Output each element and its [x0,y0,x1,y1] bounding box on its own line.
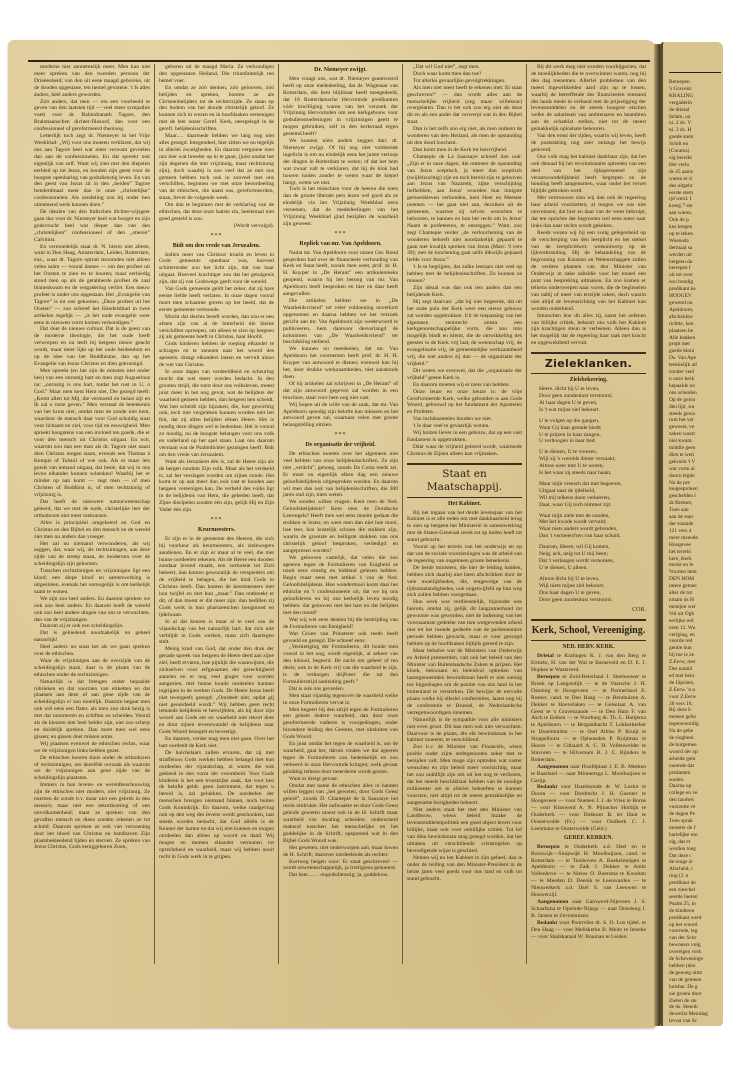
paragraph: Dit weten we evenwel, dat die „organisat… [407,368,522,382]
adjacent-line: Ook de p [669,217,721,224]
listing-label: Aangenomen [537,899,572,905]
adjacent-line: Bij deze b [669,707,721,714]
poem-line: Daar, waar Gij toch nimmer zijt. [539,502,646,509]
poem-stanza: Waar mijn ziele met de zonden,Met het kw… [539,513,646,541]
listing-item: Bedankt voor Poortvliet dr. S. O. Los ti… [531,920,646,941]
listing-label: Beroepen [537,844,565,850]
paragraph: Van luchtkasteelen houden we niet. [407,416,522,423]
paragraph: Vooral op het terrein van het onderwijs … [407,544,522,565]
paragraph: Letterlijk toch zegt dr. Niemeyer in het… [34,133,150,209]
adjacent-line: aan waren. [669,210,721,217]
paragraph: Dan komt men in de Kerk tot leervrijheid… [407,147,522,154]
paragraph: Chantepie de La Saussaye schreef dan ook… [407,154,522,265]
section-header-staat: Staat en Maatschappij. [407,463,522,498]
paragraph: Men vraagt ons, wat dr. Niemeyer geantwo… [283,76,398,138]
adjacent-line: voorrede, leg [669,928,721,935]
adjacent-line: levrat van Sc [669,1018,721,1025]
paragraph: „Vernietiging der Formulieren, dit houde… [283,644,398,685]
paragraph: Tot allerlei gevaarlijke gevolgtrekkinge… [407,78,522,85]
paragraph: Daarom zij er ook een scheidingslijn. [34,623,150,630]
poem-line: Uitgaat naar de ijdelheid, [539,488,646,495]
article-kabinet-body: Bij het ingaan van het derde levensjaar … [407,510,522,883]
adjacent-line: betrepen I [669,265,721,272]
poem-line: U verhoogen in haar lied. [539,438,646,445]
listing-label: Bedankt [537,784,561,790]
paragraph: Men staat vijandig tegenover de waarheid… [283,693,398,707]
poem-stanza: Heere, dicht bij U te leven,Door geen zo… [539,386,646,414]
paragraph: Dat heet........ ongodsdienstig; ja, god… [283,872,398,879]
column-2: geboren uit de maagd Maria. Ze verkondig… [154,64,278,964]
article-title-repliek: Repliek van mr. Van Apeldoorn. [283,241,398,248]
adjacent-line: doorn legde [669,473,721,480]
paragraph: Toch is het misschien voor de heeren die… [283,186,398,227]
article-title-jerusalem: Bidt om den vrede van Jeruzalem. [159,243,274,250]
adjacent-line: den landwk [669,797,721,804]
adjacent-line: geweest, ve [669,424,721,431]
paragraph: Nemen wij nu het Kabinet in zijn geheel,… [407,855,522,883]
adjacent-line: propt met [669,341,721,348]
adjacent-line: seerde lueren [669,894,721,901]
paragraph: Bij dit werk mag niet worden voorbijgezi… [531,64,646,133]
adjacent-line: aan de stan [669,514,721,521]
paragraph: De beide ministers, die hier de leiding … [407,565,522,600]
listing-item: Aangenomen naar Garnwerd-Nijeveen J. S. … [531,899,646,920]
paragraph: „Dat wil God niet”, zegt men. [407,64,522,71]
adjacent-line: Na de gebe [669,728,721,735]
adjacent-line: niet kwam. [669,438,721,445]
section-header-kerk: Kerk, School, Vereeniging. [531,619,646,641]
adjacent-line: Daarna op [669,783,721,790]
newspaper-columns: moderne niet aannemelijk meer. Men kan n… [30,64,650,964]
adjacent-line: ed met bein [669,673,721,680]
paragraph: We kunnen nu meedeelen, dat mr. Van Apel… [283,346,398,381]
adjacent-line: aller de tot [669,590,721,597]
adjacent-line: ds 45 aanw [669,169,721,176]
adjacent-line: Woensda [669,238,721,245]
adjacent-line: 121 vers 4 [669,528,721,535]
adjacent-line: voorde red [669,638,721,645]
paragraph: Of hij artikelen zal schrijven in „De He… [283,381,398,402]
adjacent-line: ni. 3 ds. H [669,127,721,134]
adjacent-line: woord der op [669,749,721,756]
adjacent-line: uit tot over [669,272,721,279]
paragraph: Natuurlijk is de sympathie voor alle min… [407,717,522,745]
adjacent-line: ring (J. n [669,873,721,880]
adjacent-line: bewoners volg [669,942,721,949]
paragraph: Want als Jeruzalem één is, zal de Heere … [159,459,274,514]
listing-label: Aangenomen [537,764,570,770]
adjacent-line: geschelden l [669,493,721,500]
paragraph: En omdat ze zóó denken, zóó gelooven, zó… [159,85,274,133]
poem-line: Maar mijn vreesch dat met begeeren, [539,481,646,488]
listing-label: Drietal [537,653,557,659]
adjacent-line: het terrein [669,549,721,556]
paragraph: Immers in hun levens- en wereldbeschouwi… [34,782,150,851]
paragraph: Want er dreigt gevaar. [283,776,398,783]
paragraph: Maar behalve wat de Ministers van Onderw… [407,648,522,717]
poem-line: Waar Gij haar genade biedt; [539,425,646,432]
paragraph: Wij hopen uit de wille van de zaak, dat … [283,402,398,430]
geref-listings: Beroepen te Ouderkerk a.d. IJsel en te R… [531,844,646,941]
poem-line: Door geen zondenlust verstoord. [539,597,646,604]
subsection-geref: GEREF. KERKEN. [531,835,646,842]
adjacent-line: noemde dat [669,763,721,770]
article-niemeyer-body: Men vraagt ons, wat dr. Niemeyer geantwo… [283,76,398,228]
paragraph: geboren uit de maagd Maria. Ze verkondig… [159,64,274,85]
paragraph: Het zal nu niemand verwonderen, als wij … [34,541,150,569]
paragraph: Ons volk mag het kabinet dankbaar zijn, … [531,154,646,195]
article-keurmeesters-body: Er zijn er in de gemeente des Heeren, di… [159,536,274,861]
adjacent-line: tegenwoordig [669,721,721,728]
adjacent-line: Beroepen [669,79,721,86]
adjacent-line: college en ve [669,790,721,797]
adjacent-line: een zieschel [669,887,721,894]
paragraph: De idealen van den Indischen dichter-wij… [34,209,150,244]
adjacent-line: hetgeen da [669,259,721,266]
paragraph: Er zijn er in de gemeente des Heeren, di… [159,536,274,619]
adjacent-line: Het verlo [669,162,721,169]
paragraph: Dan is het zelfs zoo erg niet, als men o… [407,126,522,147]
adjacent-line: HOOGEV [669,293,721,300]
column-4-text: „Dat wil God niet”, zegt men.Doch waar k… [407,64,522,458]
adjacent-line: Ds. Van Ape [669,355,721,362]
poem-signature: COR. [531,607,646,614]
adjacent-line: gewend ou [669,300,721,307]
adjacent-line: de kinderen [669,908,721,915]
column-5-text: Bij dit werk mag niet worden voorbijgezi… [531,64,646,347]
paragraph: De huichelaars zullen ervaren, dat zij m… [159,750,274,861]
listing-label: Bedankt [537,920,559,926]
adjacent-line: de ringbeni [669,735,721,742]
adjacent-line: den lijd, wa [669,404,721,411]
adjacent-line: werden uit [669,252,721,259]
adjacent-line: Hoogevee [669,542,721,549]
adjacent-line: ijd werd. I [669,196,721,203]
adjacent-line: soolen. [669,777,721,784]
listing-text: voor IJsselmonde dr. W. Loslot te Doorn … [531,784,646,831]
adjacent-line: meester de J [669,825,721,832]
adjacent-line: op het woord [669,922,721,929]
adjacent-line: op te reken [669,231,721,238]
paragraph: Tusschen rechtzinnigen en vrijzinnigen l… [34,568,150,596]
poem-line: Is 't wat mijne ziel bekoort. [539,407,646,414]
article-title-keurmeesters: Keurmeesters. [159,527,274,534]
adjacent-line: teekkelijk ad [669,362,721,369]
paragraph: Reeds wezen wij bij een vorig gelegenhei… [531,230,646,313]
adjacent-line: DEN HOM [669,576,721,583]
adjacent-line: de dagen Pe [669,811,721,818]
paragraph: We zijn zoo heel anders. En daarom sprek… [34,596,150,624]
adjacent-line: afscheidsw [669,314,721,321]
poem-line: Wijl zij 's werelds dienst verzaakt; [539,456,646,463]
adjacent-line: zonder veel [669,369,721,376]
adjacent-line: Z.Eerw. 'n n [669,687,721,694]
adjacent-line: richtte, kon [669,321,721,328]
adjacent-line: dewerlst Menidag [669,1011,721,1018]
article-organisatie-body: De ethischen moeten over het algemeen ni… [283,451,398,879]
paragraph: Wij plaatsen evenwel de ethischen rechts… [34,741,150,755]
adjacent-line: de genoeg uitm [669,970,721,977]
separator-stars: *** [283,432,398,439]
adjacent-line: Psalm 25, in [669,901,721,908]
adjacent-line: 's Gravenz [669,86,721,93]
paragraph: 't Is te begrijpen, dat zulke leeraars n… [407,264,522,285]
separator-stars: *** [283,231,398,238]
subsection-ned-herv: NED. HERV. KERK. [531,644,646,651]
paragraph: Dat is gebiedend noodzakelijk en geheel … [34,630,150,644]
adjacent-line: predikant de [669,880,721,887]
adjacent-line: Schilt en [669,141,721,148]
paragraph: Dat doet de nieuwe cultuur. Dat is de ge… [34,326,150,367]
adjacent-line: voor Z.Eerw [669,694,721,701]
adjacent-line: Toen sprak [669,818,721,825]
paragraph: De ethischen hooren thuis onder de ortho… [34,755,150,783]
paragraph: Bij het ingaan van het derde levensjaar … [407,510,522,545]
paragraph: Met vertrouwen zien wij dan ook de regee… [531,195,646,230]
adjacent-line: Selam, na [669,114,721,121]
paragraph: Wat wij wel eens denken bij die bestrijd… [283,617,398,631]
adjacent-page-strip: Beroepen's GravenzKRALINGvergaderinde dr… [660,42,723,1026]
paragraph: Waar de vrijzinnigen aan de overzijde va… [34,658,150,679]
paragraph: Nadat mr. Van Apeldoorn voor onzen Ger. … [283,250,398,298]
paragraph: Maar..... daarmede hebben we lang nog ni… [159,133,274,202]
listing-item: Drietal te Kralingen K. J. van den Berg … [531,653,646,674]
adjacent-line: zoo bondig [669,279,721,286]
paragraph: Wij huizen liever in een gebouw, dat op … [407,430,522,444]
adjacent-line: zie groeni door [669,991,721,998]
paragraph: Wat Groen van Prinsterer ook reeds heeft… [283,631,398,645]
adjacent-line: de reuge zi [669,859,721,866]
adjacent-line: kes kregen [669,224,721,231]
adjacent-line: de burgemee [669,742,721,749]
adjacent-line: gentie hun [669,645,721,652]
adjacent-line: steeds gewo [669,411,721,418]
adjacent-line: (Curatos) [669,148,721,155]
paragraph: Alles is principiëel omgekeerd en God en… [34,520,150,541]
adjacent-line: eerlijke red [669,618,721,625]
adjacent-line: goede kloni [669,348,721,355]
adjacent-line: kreeg 7 ste [669,203,721,210]
adjacent-line: Na de pre [669,480,721,487]
paragraph: In onze dagen van verdeeldheid en scheur… [159,369,274,459]
article-title-niemeyer: Dr. Niemeyer zwijgt. [283,67,398,74]
poem-line: Waar niets anders wordt gebonden, [539,526,646,533]
paragraph: Natuurlijk is dat brengen onder bepaalde… [34,679,150,741]
poem-stanza: U te volgen op die gangen,Waar Gij haar … [539,418,646,446]
poem-stanza: U te dienen, U te vreezen,Wijl zij 's we… [539,449,646,477]
paragraph: Men spreekt (en het zijn de minsten niet… [34,368,150,499]
adjacent-line: waren er d [669,176,721,183]
adjacent-line: goede stem [669,134,721,141]
paragraph: Dáár waar de vrijheid geleerd wordt, waa… [407,444,522,458]
adjacent-line: meer meende [669,535,721,542]
adjacent-line: overeigen verk [669,949,721,956]
top-rule [669,72,721,73]
article-title-kabinet: Het Kabinet. [407,501,522,508]
poem-title: Zielsbekeering. [531,377,646,384]
paragraph: Als men niet meer heeft te rekenen met: … [407,85,522,126]
listing-item: Beroepen te Ouderkerk a.d. IJsel en te R… [531,844,646,899]
paragraph: Heel anders nu staat het als we gaan spr… [34,644,150,658]
adjacent-line: de drietal [669,107,721,114]
poem-line: Met het kwade wordt vervald; [539,519,646,526]
adjacent-line: wat vorm al [669,466,721,473]
poem-line: U te prijzen in haar zangen, [539,432,646,439]
adjacent-line: hartelijke mo [669,832,721,839]
poem-line: U te dienen, U te vreezen, [539,449,646,456]
adjacent-line: Toen aan [669,507,721,514]
section-title-zieleklanken: Zieleklanken. [545,357,632,370]
poem-stanza: Daarom, Heere, wil Gij komen,Neig, ach, … [539,544,646,572]
poem-line: Altoos dicht bij U te leven, [539,576,646,583]
adjacent-line: toegesproken [669,486,721,493]
listing-text: te Zuid-Beierland J. Steehouwer te Broek… [531,674,646,763]
paragraph: Zoo b.v. de Minister van Financiën, wien… [407,744,522,806]
adjacent-line: 20 vers 10, [669,701,721,708]
adjacent-line: Alle banken [669,335,721,342]
adjacent-line: van de gemeen [669,977,721,984]
paragraph: En daarom, verder mag men niet gaan. Ove… [159,736,274,750]
poem-line: Daarom, Heere, wil Gij komen, [539,544,646,551]
adjacent-line: van der Schr [669,935,721,942]
adjacent-line: des uitgebr [669,183,721,190]
paragraph: Kortweg beigen voor: Er staat geschreven… [283,859,398,873]
adjacent-line: ni. 2 ds. V [669,120,721,127]
poem-line: Wijl niets mijne ziel bekoort; [539,583,646,590]
paragraph: Niet anders staat het met den Minister v… [407,807,522,855]
paragraph: We zouden willen vragen: Kent men de Ned… [283,499,398,554]
column-2-intro: geboren uit de maagd Maria. Ze verkondig… [159,64,274,223]
separator-stars: *** [159,517,274,524]
section-title-staat: Staat en Maatschappij. [427,468,502,493]
adjacent-line: ds Bremer, [669,500,721,507]
poem-body: Heere, dicht bij U te leven,Door geen zo… [531,386,646,603]
adjacent-line: Apeldoorn, [669,307,721,314]
paragraph: Doch waar komt men dan toe? [407,71,522,78]
adjacent-line: predanten [669,770,721,777]
adjacent-line: KRALING [669,93,721,100]
poem-line: Neig, ach, neig tot U mij heen; [539,551,646,558]
column-1-text: moderne niet aannemelijk meer. Men kan n… [34,64,150,851]
adjacent-line: Voorten hem [669,569,721,576]
adjacent-line: plaatsen be [669,328,721,335]
adjacent-line: zig bereikt [669,155,721,162]
paragraph: Onze leuze en onze keuze is: de vrije Ge… [407,389,522,417]
adjacent-line: de ds. Steenb [669,1004,721,1011]
adjacent-line: bij toe ie ze [669,652,721,659]
paragraph: En daarom moeten wij er niets van hebben… [407,382,522,389]
poem-line: Door geen zondenlust verstoord; [539,393,646,400]
adjacent-line: worden toeg [669,846,721,853]
adjacent-line: nmam ds H [669,597,721,604]
adjacent-line: Op de geloo [669,397,721,404]
adjacent-line: eerste stem [669,190,721,197]
adjacent-line: zig, dat er [669,839,721,846]
column-5: Bij dit werk mag niet worden voorbijgezi… [526,64,650,964]
paragraph: 't Is daar veel te gevaarlijk wonen. [407,423,522,430]
paragraph: Omdat met name de ethischen alles in han… [283,783,398,845]
paragraph: We gelooven vastelijk, dat velen die zoo… [283,555,398,617]
adjacent-line: hebben (den [669,963,721,970]
paragraph: Zijn ideaal was dan ook iets anders dan … [407,285,522,299]
adjacent-line: de Scheveninge [669,956,721,963]
adjacent-line: Zielen de ste [669,998,721,1005]
paragraph: En vermoedelijk staat dr. N. hierin niet… [34,244,150,327]
paragraph: Van Gods gemeente geldt het zeker, dat z… [159,286,274,314]
paragraph: Intusschen hoe dit alles zij, naast het … [531,313,646,348]
paragraph: We kunnen niets anders zeggen dan: dr. N… [283,138,398,186]
column-4: „Dat wil God niet”, zegt men.Doch waar k… [402,64,526,964]
adjacent-line: de Jüpchen, [669,680,721,687]
adjacent-line: middle geen [669,445,721,452]
adjacent-line: predikant ke [669,286,721,293]
adjacent-line: Dat deze t [669,853,721,860]
adjacent-line: zaken waarr [669,431,721,438]
adjacent-page-text: Beroepen's GravenzKRALINGvergaderinde dr… [669,72,721,1025]
article-title-organisatie: De organisatie der vrijheid. [283,442,398,449]
adjacent-page-lines: Beroepen's GravenzKRALINGvergaderinde dr… [669,79,721,1025]
paragraph: Hun werk was verdienstelijk, bijzonder o… [407,599,522,647]
poem-line: Heere, dicht bij U te leven, [539,386,646,393]
adjacent-line: Des namid [669,666,721,673]
poem-stanza: Altoos dicht bij U te leven,Wijl niets m… [539,576,646,604]
poem-line: Dat 't verlangen wordt vernomen, [539,558,646,565]
adjacent-line: rom het ver [669,417,721,424]
adjacent-line: veriging, en [669,632,721,639]
adjacent-line: Afscheid, t [669,866,721,873]
poem-line: Wil mij telkens doen verkeeren, [539,495,646,502]
listing-label: Beroepen [537,674,562,680]
to-be-continued: (Wordt vervolgd). [159,223,274,230]
column-3: Dr. Niemeyer zwijgt. Men vraagt ons, wat… [278,64,402,964]
poem-stanza: Maar mijn vreesch dat met begeeren,Uitga… [539,481,646,509]
paragraph: Indien meer van Christus' kracht en leve… [159,252,274,287]
separator-stars: *** [159,233,274,240]
adjacent-line: predikant werd [669,915,721,922]
ned-herv-listings: Drietal te Kralingen K. J. van den Berg … [531,653,646,833]
adjacent-line: dien te weti [669,452,721,459]
paragraph: Hij zegt daarvan: „dat hij niet begeerde… [407,299,522,368]
paragraph: Gods kinderen hebben de roeping elkander… [159,341,274,369]
paragraph: moderne niet aannemelijk meer. Men kan n… [34,64,150,99]
poem-line: U te dienen, U alleen. [539,565,646,572]
poem-line: Altoos weer met U te wezen, [539,463,646,470]
paragraph: Die artikelen hebben we in „De Waarheids… [283,298,398,346]
adjacent-line: merkt en le [669,562,721,569]
paragraph: De ethischen moeten over het algemeen ni… [283,451,398,499]
adjacent-line: arbeide gem [669,756,721,763]
paragraph: Dat heeft de nieuwere natuurwetenschap g… [34,499,150,520]
poem-line: Al haar dagen U te geven, [539,400,646,407]
adjacent-line: dermaal sa [669,245,721,252]
paragraph: Het geweten, niet onderworpen aan, maar … [283,845,398,859]
paragraph: Van den ernst der tijden, waarin wij lev… [531,133,646,154]
poem-line: Waar mijn ziele met de zonden, [539,513,646,520]
article-jerusalem-body: Indien meer van Christus' kracht en leve… [159,252,274,514]
paragraph: En juist omdat het tegen de waarheid is,… [283,741,398,776]
adjacent-line: ons scheiden [669,390,721,397]
adjacent-line: huisbar. De g [669,984,721,991]
poem-line: Dan 't vermeerd'ren van haar schuld. [539,533,646,540]
paragraph: Menig kind van God, dat onder den drak d… [159,646,274,736]
paragraph: Mocht dat slechts beseft worden, dan zou… [159,314,274,342]
listing-item: Bedankt voor IJsselmonde dr. W. Loslot t… [531,784,646,832]
adjacent-line: menste geho [669,714,721,721]
adjacent-line: gekruist 't V [669,459,721,466]
adjacent-line: voorzette ve [669,804,721,811]
listing-text: te Ouderkerk a.d. IJsel en te Roozwijk—S… [531,844,646,898]
adjacent-line: vergaderin [669,100,721,107]
